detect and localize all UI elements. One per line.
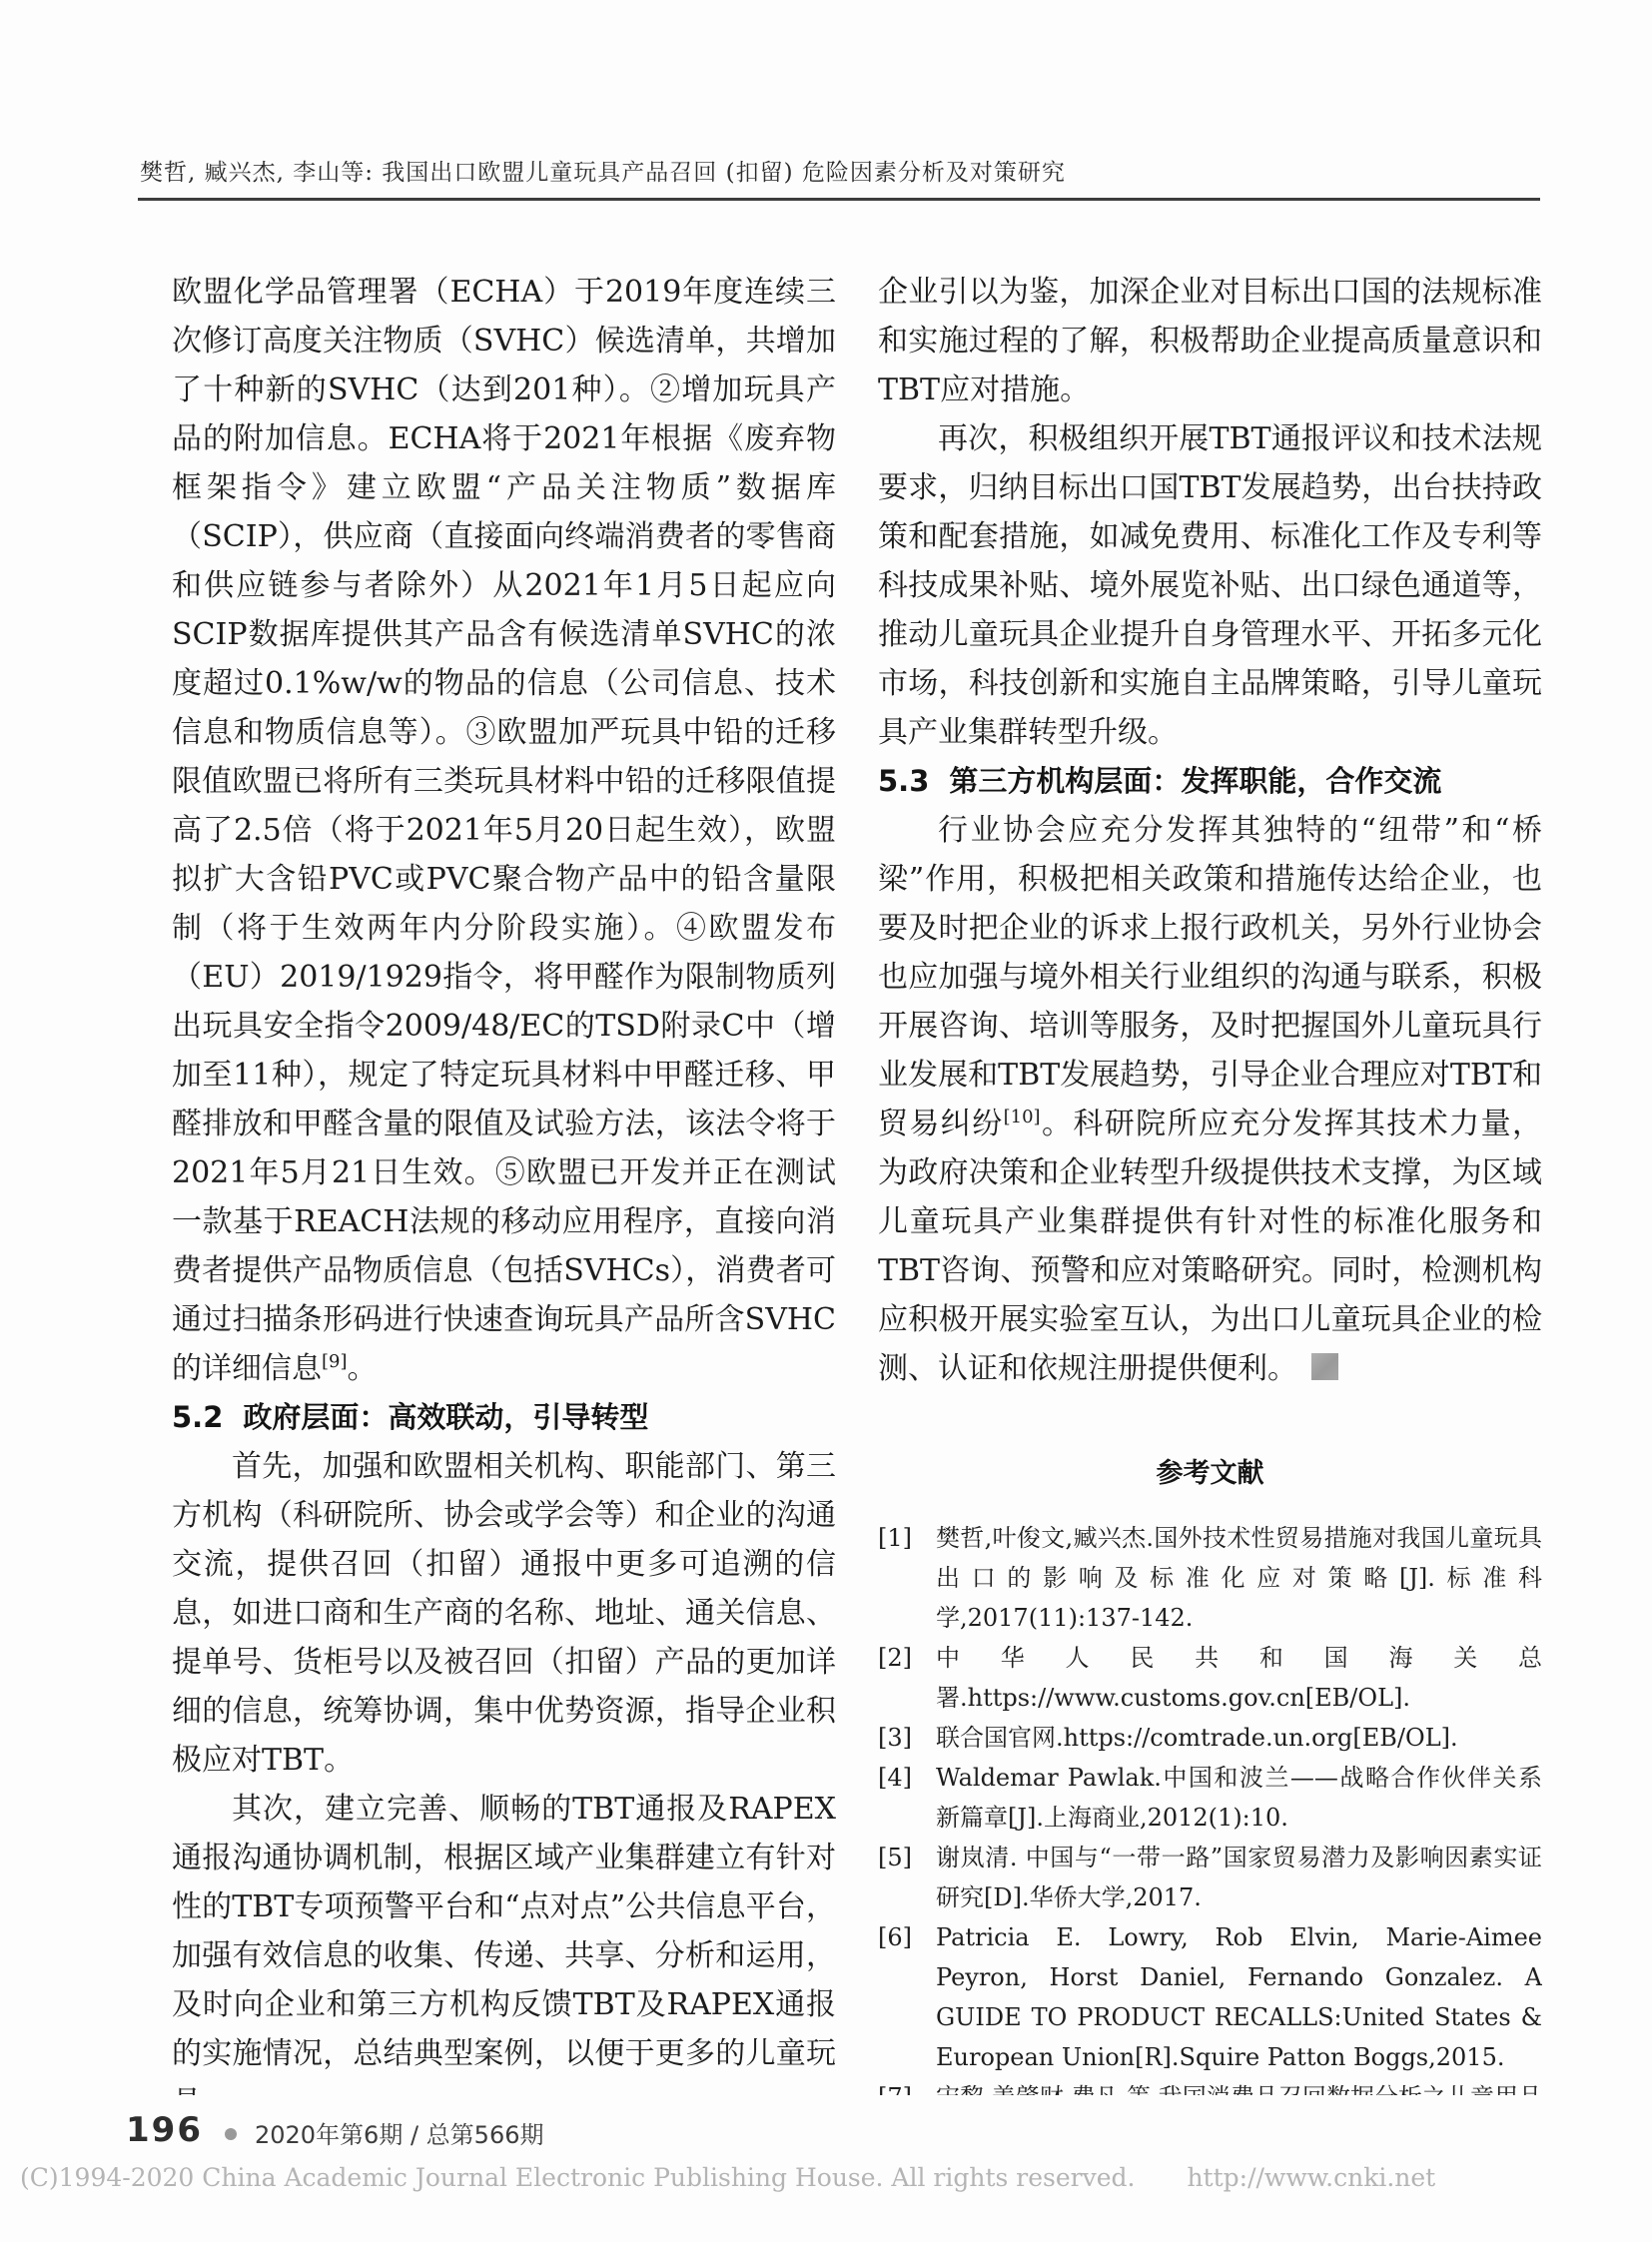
reference-number: [7]	[878, 2077, 912, 2095]
watermark-url: http://www.cnki.net	[1187, 2163, 1435, 2192]
article-body: 欧盟化学品管理署（ECHA）于2019年度连续三次修订高度关注物质（SVHC）候…	[172, 268, 1542, 2095]
paragraph-government-second: 其次，建立完善、顺畅的TBT通报及RAPEX通报沟通协调机制，根据区域产业集群建…	[172, 1785, 836, 2095]
section-heading-5-3: 5.3第三方机构层面：发挥职能，合作交流	[878, 757, 1542, 806]
reference-number: [3]	[878, 1718, 912, 1758]
reference-item: [2]中华人民共和国海关总署.https://www.customs.gov.c…	[878, 1638, 1542, 1718]
page-number: 196	[126, 2110, 203, 2150]
header-rule	[138, 198, 1540, 201]
section-number: 5.2	[172, 1400, 223, 1434]
reference-item: [6]Patricia E. Lowry, Rob Elvin, Marie-A…	[878, 1917, 1542, 2077]
paragraph-text: 。	[348, 1351, 378, 1386]
reference-text: 谢岚清. 中国与“一带一路”国家贸易潜力及影响因素实证研究[D].华侨大学,20…	[936, 1844, 1542, 1911]
section-heading-5-2: 5.2政府层面：高效联动，引导转型	[172, 1393, 836, 1442]
running-title: 樊哲, 臧兴杰, 李山等: 我国出口欧盟儿童玩具产品召回 (扣留) 危险因素分析…	[140, 154, 1066, 187]
paragraph-third-party: 行业协会应充分发挥其独特的“纽带”和“桥梁”作用，积极把相关政策和措施传达给企业…	[878, 806, 1542, 1393]
issue-info: 2020年第6期 / 总第566期	[255, 2115, 544, 2150]
section-number: 5.3	[878, 764, 929, 798]
reference-text: 中华人民共和国海关总署.https://www.customs.gov.cn[E…	[936, 1644, 1542, 1712]
reference-item: [7]宋黎,姜肇财,费凡,等.我国消费品召回数据分析之儿童用品篇[J].标准科学…	[878, 2077, 1542, 2095]
reference-number: [5]	[878, 1838, 912, 1877]
paragraph-government-first: 首先，加强和欧盟相关机构、职能部门、第三方机构（科研院所、协会或学会等）和企业的…	[172, 1442, 836, 1785]
reference-item: [4]Waldemar Pawlak.中国和波兰——战略合作伙伴关系新篇章[J]…	[878, 1758, 1542, 1838]
reference-number: [2]	[878, 1638, 912, 1678]
reference-text: 樊哲,叶俊文,臧兴杰.国外技术性贸易措施对我国儿童玩具出口的影响及标准化应对策略…	[936, 1524, 1542, 1632]
cnki-watermark: (C)1994-2020 China Academic Journal Elec…	[20, 2163, 1435, 2192]
paragraph-government-third: 再次，积极组织开展TBT通报评议和技术法规要求，归纳目标出口国TBT发展趋势，出…	[878, 414, 1542, 757]
footer-dot-icon	[225, 2128, 237, 2140]
paragraph-continuation: 企业引以为鉴，加深企业对目标出口国的法规标准和实施过程的了解，积极帮助企业提高质…	[878, 268, 1542, 414]
reference-text: Patricia E. Lowry, Rob Elvin, Marie-Aime…	[936, 1923, 1542, 2071]
journal-page: 樊哲, 臧兴杰, 李山等: 我国出口欧盟儿童玩具产品召回 (扣留) 危险因素分析…	[0, 0, 1652, 2242]
references-section: 参考文献 [1]樊哲,叶俊文,臧兴杰.国外技术性贸易措施对我国儿童玩具出口的影响…	[878, 1451, 1542, 2095]
paragraph-text: 。科研院所应充分发挥其技术力量，为政府决策和企业转型升级提供技术支撑，为区域儿童…	[878, 1107, 1542, 1386]
reference-number: [4]	[878, 1758, 912, 1798]
right-column: 企业引以为鉴，加深企业对目标出口国的法规标准和实施过程的了解，积极帮助企业提高质…	[878, 268, 1542, 2095]
reference-item: [5]谢岚清. 中国与“一带一路”国家贸易潜力及影响因素实证研究[D].华侨大学…	[878, 1838, 1542, 1917]
reference-text: Waldemar Pawlak.中国和波兰——战略合作伙伴关系新篇章[J].上海…	[936, 1764, 1542, 1832]
section-title: 政府层面：高效联动，引导转型	[243, 1400, 648, 1434]
citation-mark-9: [9]	[322, 1351, 348, 1372]
left-column: 欧盟化学品管理署（ECHA）于2019年度连续三次修订高度关注物质（SVHC）候…	[172, 268, 836, 2095]
paragraph-eu-regulations: 欧盟化学品管理署（ECHA）于2019年度连续三次修订高度关注物质（SVHC）候…	[172, 268, 836, 1393]
reference-number: [1]	[878, 1518, 912, 1558]
paragraph-text: 欧盟化学品管理署（ECHA）于2019年度连续三次修订高度关注物质（SVHC）候…	[172, 275, 836, 1386]
reference-item: [3]联合国官网.https://comtrade.un.org[EB/OL].	[878, 1718, 1542, 1758]
paragraph-text: 行业协会应充分发挥其独特的“纽带”和“桥梁”作用，积极把相关政策和措施传达给企业…	[878, 813, 1542, 1141]
citation-mark-10: [10]	[1004, 1107, 1041, 1127]
reference-item: [1]樊哲,叶俊文,臧兴杰.国外技术性贸易措施对我国儿童玩具出口的影响及标准化应…	[878, 1518, 1542, 1638]
references-list: [1]樊哲,叶俊文,臧兴杰.国外技术性贸易措施对我国儿童玩具出口的影响及标准化应…	[878, 1518, 1542, 2095]
reference-text: 宋黎,姜肇财,费凡,等.我国消费品召回数据分析之儿童用品篇[J].标准科学,20…	[936, 2083, 1542, 2095]
section-title: 第三方机构层面：发挥职能，合作交流	[949, 764, 1441, 798]
references-title: 参考文献	[878, 1451, 1542, 1490]
watermark-copyright: (C)1994-2020 China Academic Journal Elec…	[20, 2163, 1136, 2192]
reference-number: [6]	[878, 1917, 912, 1957]
reference-text: 联合国官网.https://comtrade.un.org[EB/OL].	[936, 1724, 1458, 1752]
page-footer: 196 2020年第6期 / 总第566期	[126, 2109, 543, 2150]
article-end-marker-icon	[1311, 1353, 1338, 1380]
